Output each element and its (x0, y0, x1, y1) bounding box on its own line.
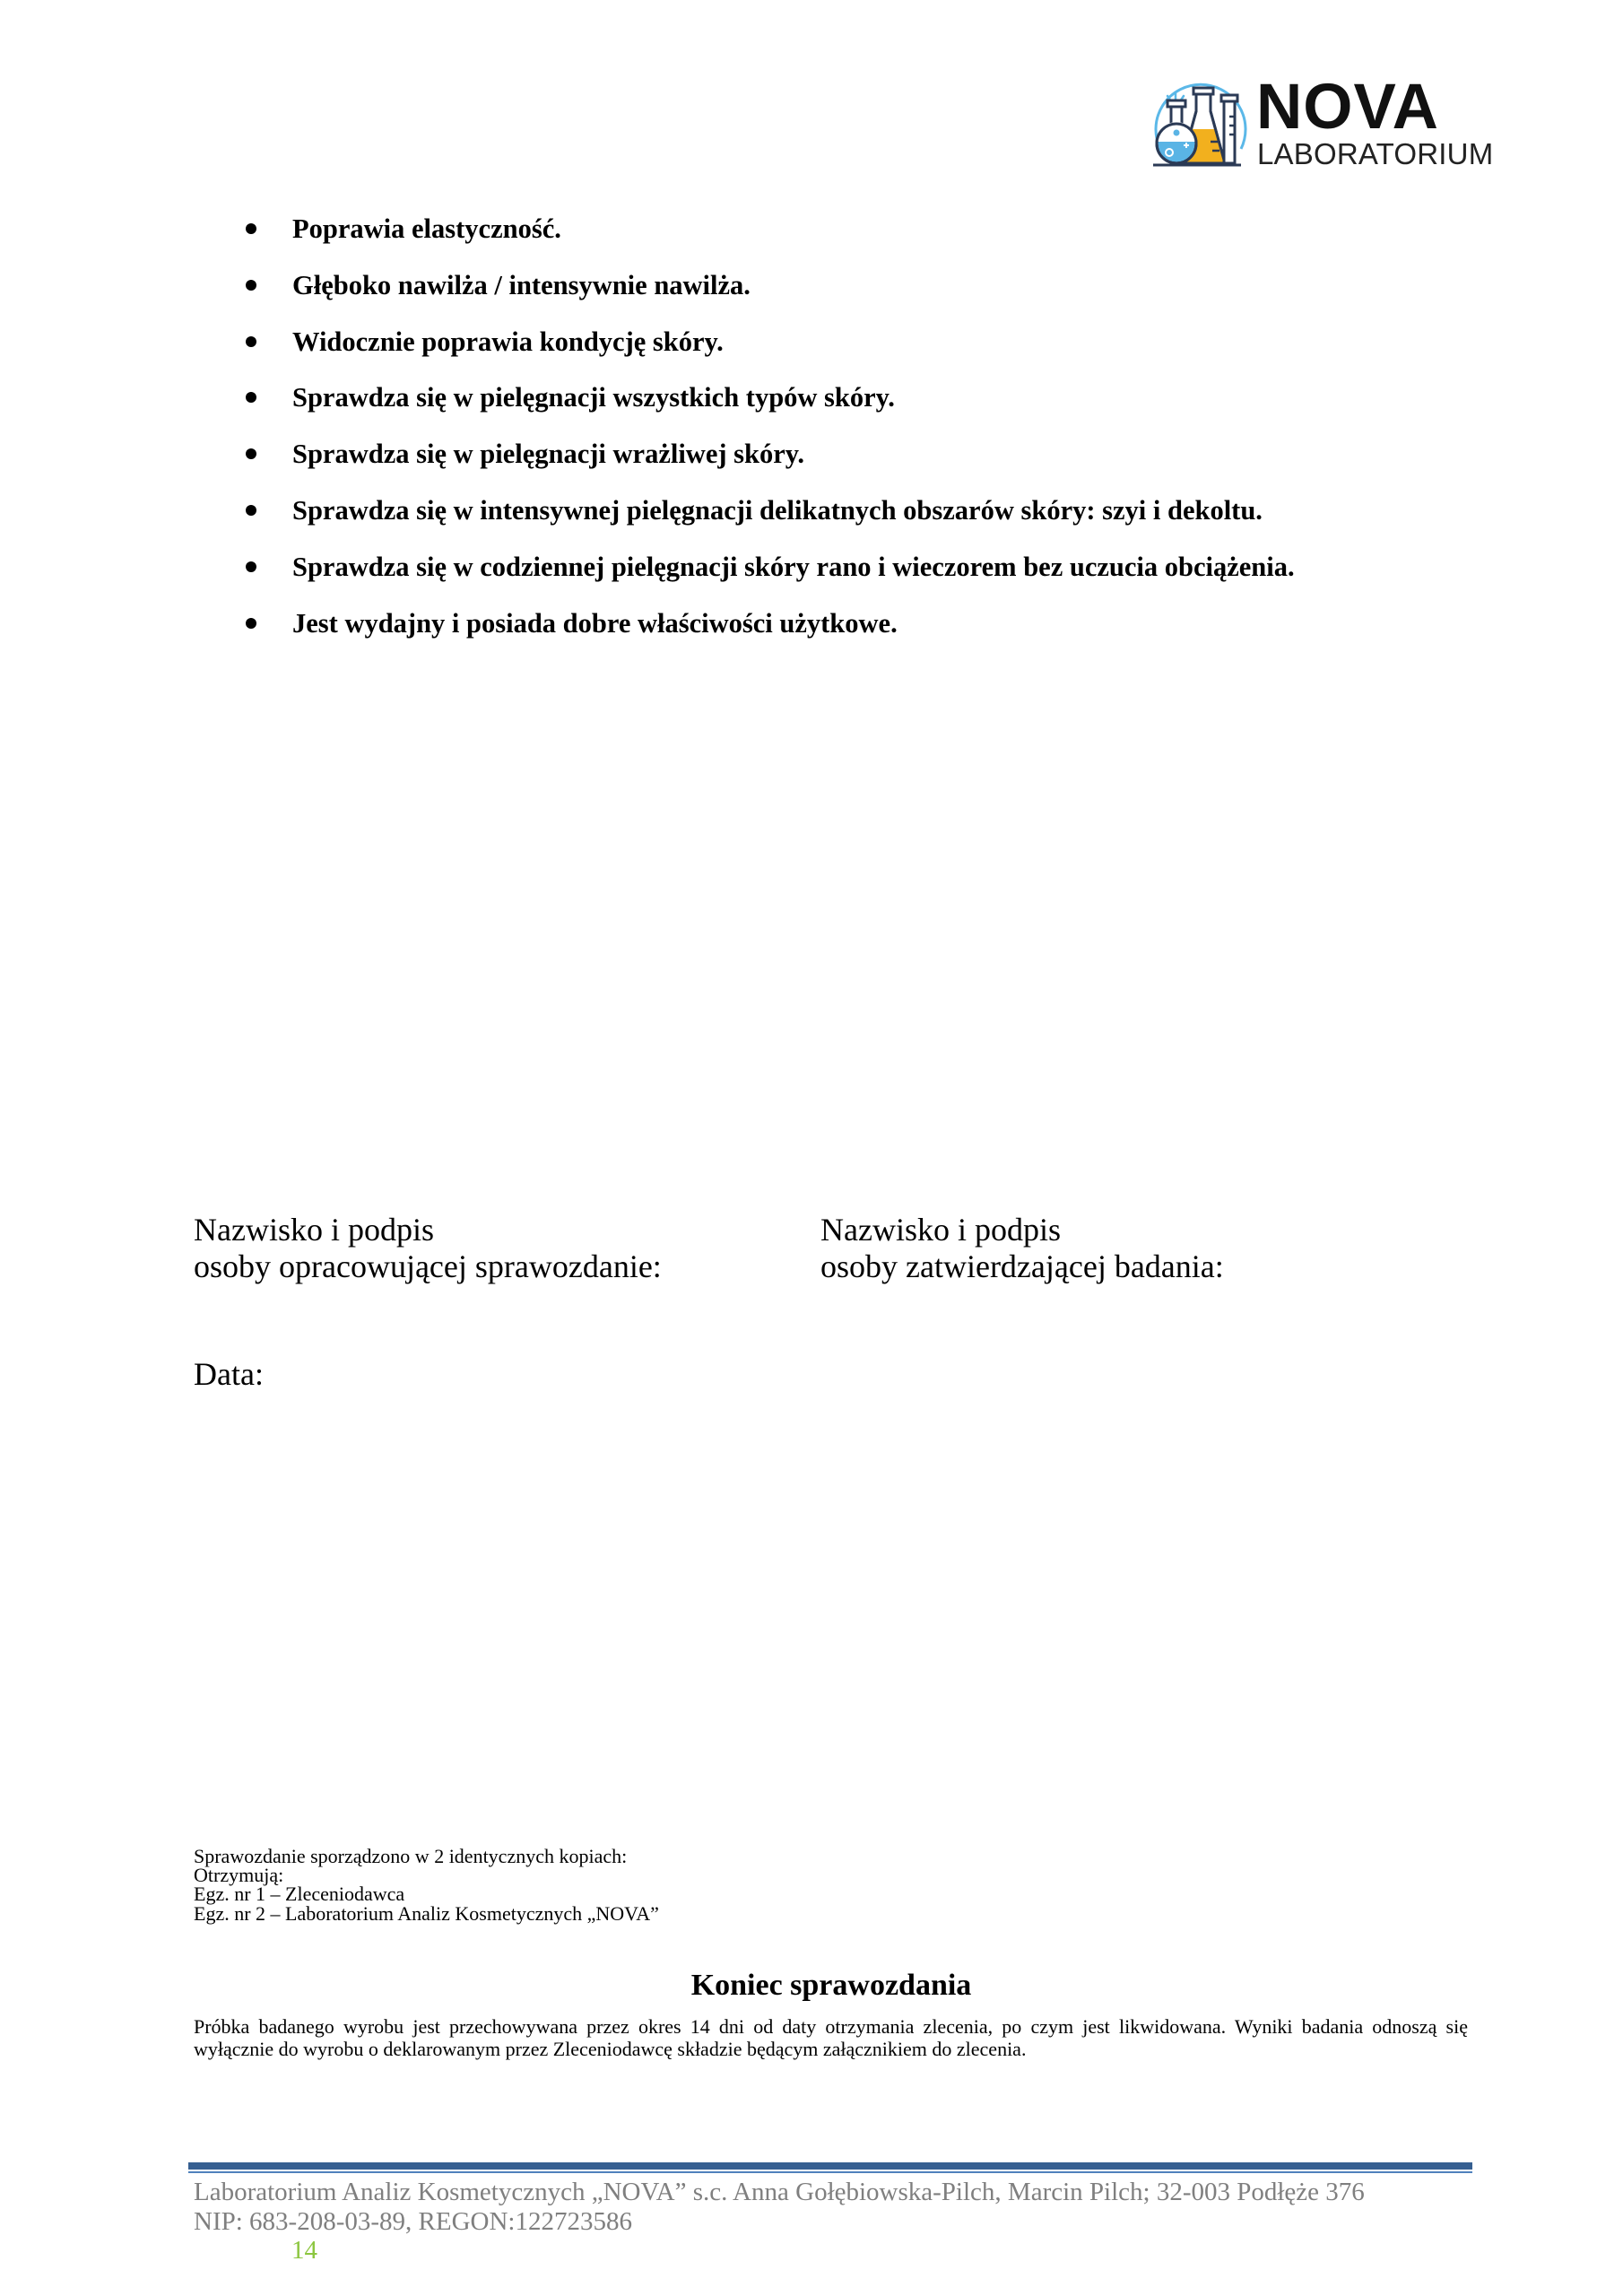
list-item: Sprawdza się w pielęgnacji wrażliwej skó… (242, 432, 1295, 489)
page-number: 14 (291, 2236, 317, 2266)
signature-approver: Nazwisko i podpis osoby zatwierdzającej … (820, 1212, 1224, 1285)
list-item: Widocznie poprawia kondycję skóry. (242, 320, 1295, 377)
list-item: Sprawdza się w intensywnej pielęgnacji d… (242, 489, 1295, 545)
nova-logo: NOVA LABORATORIUM (1148, 72, 1471, 176)
bullet-icon (246, 223, 256, 234)
copies-line: Egz. nr 2 – Laboratorium Analiz Kosmetyc… (194, 1904, 659, 1923)
bullet-icon (246, 280, 256, 291)
copies-line: Otrzymują: (194, 1865, 659, 1884)
list-item: Poprawia elastyczność. (242, 207, 1295, 264)
copies-line: Egz. nr 1 – Zleceniodawca (194, 1884, 659, 1903)
footer-rule-thin (188, 2171, 1472, 2173)
end-of-report-heading: Koniec sprawozdania (0, 1968, 1623, 2004)
list-item: Sprawdza się w codziennej pielęgnacji sk… (242, 545, 1295, 602)
logo-title: NOVA (1256, 75, 1439, 139)
bullet-icon (246, 336, 256, 347)
bullet-icon (246, 448, 256, 459)
list-item: Jest wydajny i posiada dobre właściwości… (242, 602, 1295, 658)
signature-approver-line2: osoby zatwierdzającej badania: (820, 1248, 1224, 1285)
list-item: Sprawdza się w pielęgnacji wszystkich ty… (242, 376, 1295, 432)
bullet-icon (246, 505, 256, 516)
footer-company-info: Laboratorium Analiz Kosmetycznych „NOVA”… (194, 2178, 1365, 2237)
footer-address: Laboratorium Analiz Kosmetycznych „NOVA”… (194, 2178, 1365, 2207)
copies-line: Sprawozdanie sporządzono w 2 identycznyc… (194, 1847, 659, 1865)
date-label: Data: (194, 1356, 264, 1393)
signature-approver-line1: Nazwisko i podpis (820, 1212, 1224, 1248)
bullet-icon (246, 561, 256, 572)
signature-preparer-line2: osoby opracowującej sprawozdanie: (194, 1248, 662, 1285)
copies-info: Sprawozdanie sporządzono w 2 identycznyc… (194, 1847, 659, 1923)
signature-preparer-line1: Nazwisko i podpis (194, 1212, 662, 1248)
list-item: Głęboko nawilża / intensywnie nawilża. (242, 264, 1295, 320)
signature-preparer: Nazwisko i podpis osoby opracowującej sp… (194, 1212, 662, 1285)
footer-rule (188, 2162, 1472, 2170)
bullet-icon (246, 618, 256, 629)
sample-retention-notice: Próbka badanego wyrobu jest przechowywan… (194, 2015, 1468, 2060)
product-claims-list: Poprawia elastyczność. Głęboko nawilża /… (242, 207, 1295, 657)
lab-flasks-icon (1148, 72, 1252, 176)
bullet-icon (246, 392, 256, 403)
footer-tax-ids: NIP: 683-208-03-89, REGON:122723586 (194, 2207, 1365, 2237)
logo-subtitle: LABORATORIUM (1257, 139, 1493, 170)
